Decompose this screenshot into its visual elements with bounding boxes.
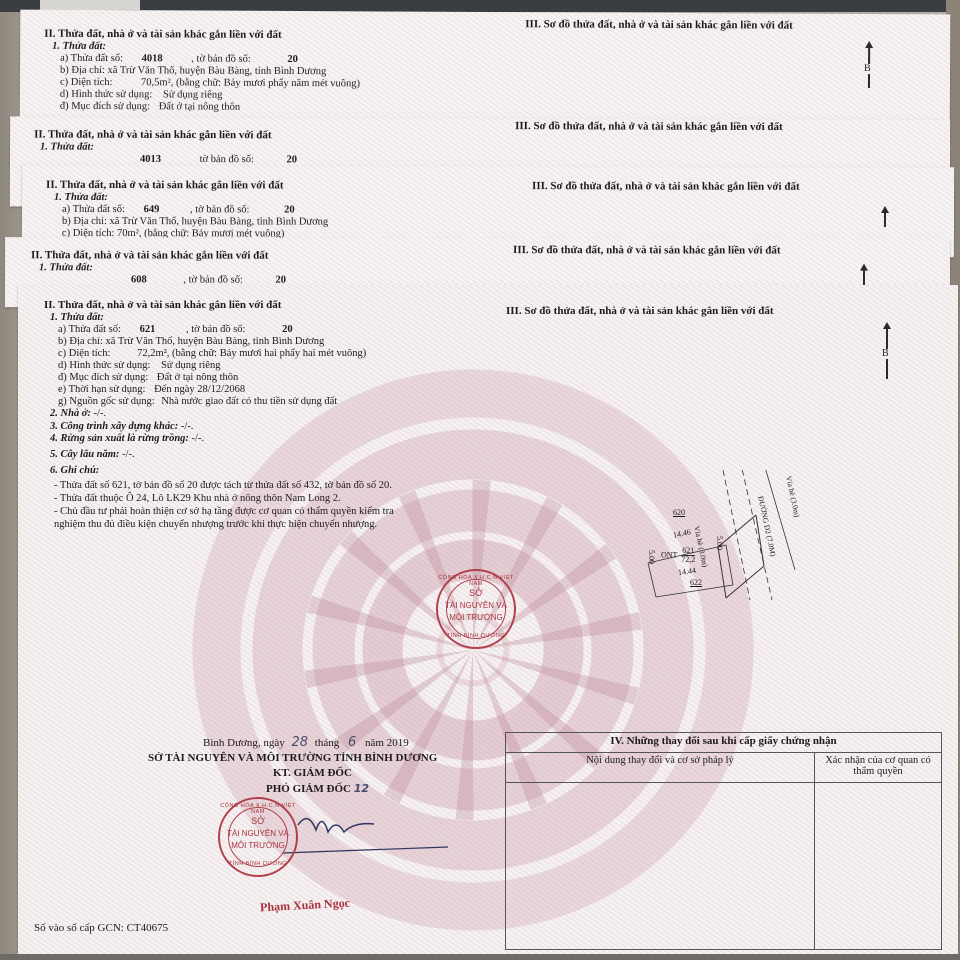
section-2-title: II. Thửa đất, nhà ở và tài sản khác gắn … <box>31 249 268 261</box>
parcel-label: ONT 621 72,2 <box>661 547 695 564</box>
perennial-trees-row: 5. Cây lâu năm: -/-. <box>50 449 135 461</box>
north-arrow-icon: B <box>868 46 870 88</box>
neighbor-parcel-620: 620 <box>673 507 685 519</box>
parcel-number-row: a) Thửa đất số: 621 , tờ bản đồ số: 20 <box>58 324 293 336</box>
notes-heading: 6. Ghi chú: <box>50 465 99 477</box>
subsection-parcel: 1. Thửa đất: <box>40 141 94 153</box>
house-row: 2. Nhà ở: -/-. <box>50 408 106 420</box>
subsection-parcel: 1. Thửa đất: <box>39 262 93 274</box>
usage-form-row: d) Hình thức sử dụng: Sử dụng riêng <box>58 360 220 372</box>
changes-table-title: IV. Những thay đổi sau khi cấp giấy chứn… <box>506 733 942 753</box>
north-arrow-icon: B <box>886 327 888 379</box>
area-value: 72,2m², (bằng chữ: Bảy mươi hai phẩy hai… <box>137 348 366 359</box>
change-content-cell <box>506 783 815 950</box>
department-seal-center: CỘNG HÒA X.H.C.N VIỆT NAM SỞ TÀI NGUYÊN … <box>436 569 516 649</box>
handwritten-month: 6 <box>348 735 356 750</box>
map-number: 20 <box>284 204 295 215</box>
map-number: 20 <box>282 324 293 335</box>
column-authority-confirmation: Xác nhận của cơ quan có thẩm quyền <box>815 753 942 783</box>
section-2-title: II. Thửa đất, nhà ở và tài sản khác gắn … <box>34 128 271 141</box>
parcel-number-row: a) Thửa đất số: 649 , tờ bản đồ số: 20 <box>62 204 295 217</box>
usage-purpose-row: đ) Mục đích sử dụng: Đất ở tại nông thôn <box>60 101 240 114</box>
area-row: c) Diện tích: 72,2m², (bằng chữ: Bảy mươ… <box>58 348 366 360</box>
signature-scribble <box>278 805 458 865</box>
section-3-title: III. Sơ đồ thửa đất, nhà ở và tài sản kh… <box>515 120 783 133</box>
bottom-edge-length: 14.44 <box>677 565 696 579</box>
left-edge-length: 5.00 <box>645 550 657 564</box>
section-2-title: II. Thửa đất, nhà ở và tài sản khác gắn … <box>44 28 281 41</box>
section-3-title: III. Sơ đồ thửa đất, nhà ở và tài sản kh… <box>525 18 793 31</box>
handwritten-mark: 12 <box>354 782 369 795</box>
signer-authority: KT. GIÁM ĐỐC <box>273 767 352 779</box>
address: b) Địa chỉ: xã Trừ Văn Thố, huyện Bàu Bà… <box>62 216 328 229</box>
certificate-sheet-621: II. Thửa đất, nhà ở và tài sản khác gắn … <box>18 285 958 960</box>
section-2-title: II. Thửa đất, nhà ở và tài sản khác gắn … <box>46 179 283 192</box>
signer-title: PHÓ GIÁM ĐỐC 12 <box>266 782 369 795</box>
subsection-parcel: 1. Thửa đất: <box>52 41 106 53</box>
usage-form-row: d) Hình thức sử dụng: Sử dụng riêng <box>60 89 223 102</box>
usage-term-row: e) Thời hạn sử dụng: Đến ngày 28/12/2068 <box>58 384 245 396</box>
background-edge <box>0 954 960 960</box>
parcel-number: 649 <box>144 204 160 215</box>
department-seal-signature: CỘNG HÒA X.H.C.N VIỆT NAM SỞ TÀI NGUYÊN … <box>218 797 298 877</box>
section-2-title: II. Thửa đất, nhà ở và tài sản khác gắn … <box>44 299 281 311</box>
note-2: - Thửa đất thuộc Ô 24, Lô LK29 Khu nhà ở… <box>54 493 341 505</box>
forest-row: 4. Rừng sản xuất là rừng trồng: -/-. <box>50 433 204 445</box>
note-1: - Thửa đất số 621, tờ bản đồ số 20 được … <box>54 480 392 492</box>
note-3-cont: nghiệm thu đủ điều kiện chuyển nhượng tr… <box>54 519 377 531</box>
issuing-agency: SỞ TÀI NGUYÊN VÀ MÔI TRƯỜNG TỈNH BÌNH DƯ… <box>148 752 437 764</box>
section-3-title: III. Sơ đồ thửa đất, nhà ở và tài sản kh… <box>513 244 781 256</box>
note-3: - Chủ đầu tư phải hoàn thiện cơ sở hạ tầ… <box>54 506 394 518</box>
changes-table: IV. Những thay đổi sau khi cấp giấy chứn… <box>505 732 942 950</box>
authority-confirmation-cell <box>815 783 942 950</box>
handwritten-day: 28 <box>292 735 309 750</box>
registry-number: Số vào sổ cấp GCN: CT40675 <box>34 922 168 934</box>
section-3-title: III. Sơ đồ thửa đất, nhà ở và tài sản kh… <box>506 305 774 317</box>
parcel-number: 4018 <box>142 53 163 64</box>
neighbor-parcel-622: 622 <box>690 577 702 589</box>
right-edge-length: 5.00 <box>713 536 725 550</box>
parcel-number: 621 <box>140 324 156 335</box>
map-number: 20 <box>287 54 298 65</box>
north-arrow-icon <box>884 211 886 227</box>
subsection-parcel: 1. Thửa đất: <box>50 312 104 324</box>
place-and-date: Bình Dương, ngày 28 tháng 6 năm 2019 <box>203 735 409 750</box>
other-construction-row: 3. Công trình xây dựng khác: -/-. <box>50 421 193 433</box>
signer-name: Phạm Xuân Ngọc <box>260 896 351 916</box>
area-value: 70,5m², (bằng chữ: Bảy mươi phẩy năm mét… <box>141 77 360 89</box>
usage-origin-row: g) Nguồn gốc sử dụng: Nhà nước giao đất … <box>58 396 337 408</box>
column-change-content: Nội dung thay đổi và cơ sở pháp lý <box>506 753 815 783</box>
subsection-parcel: 1. Thửa đất: <box>54 192 108 204</box>
address: b) Địa chỉ: xã Trừ Văn Thố, huyện Bàu Bà… <box>58 336 324 348</box>
usage-purpose-row: đ) Mục đích sử dụng: Đất ở tại nông thôn <box>58 372 238 384</box>
section-3-title: III. Sơ đồ thửa đất, nhà ở và tài sản kh… <box>532 180 800 193</box>
